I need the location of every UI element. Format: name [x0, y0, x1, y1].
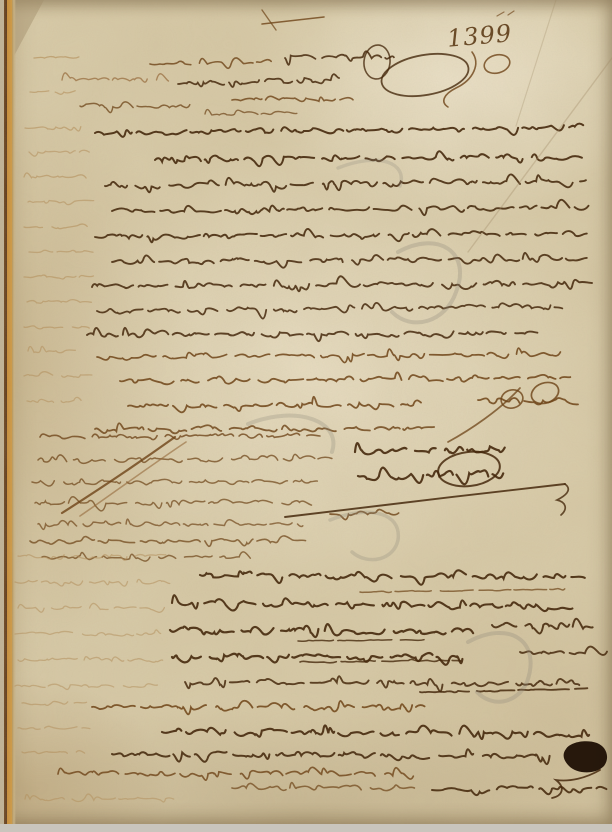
- folio-number: 1399: [446, 21, 513, 51]
- manuscript-photo: 1399: [0, 0, 612, 832]
- parchment-page: 1399: [0, 0, 612, 824]
- photo-backing-strip: [0, 824, 612, 832]
- parchment-grain-texture: [0, 0, 612, 824]
- handwriting-ink-layer: [0, 0, 612, 832]
